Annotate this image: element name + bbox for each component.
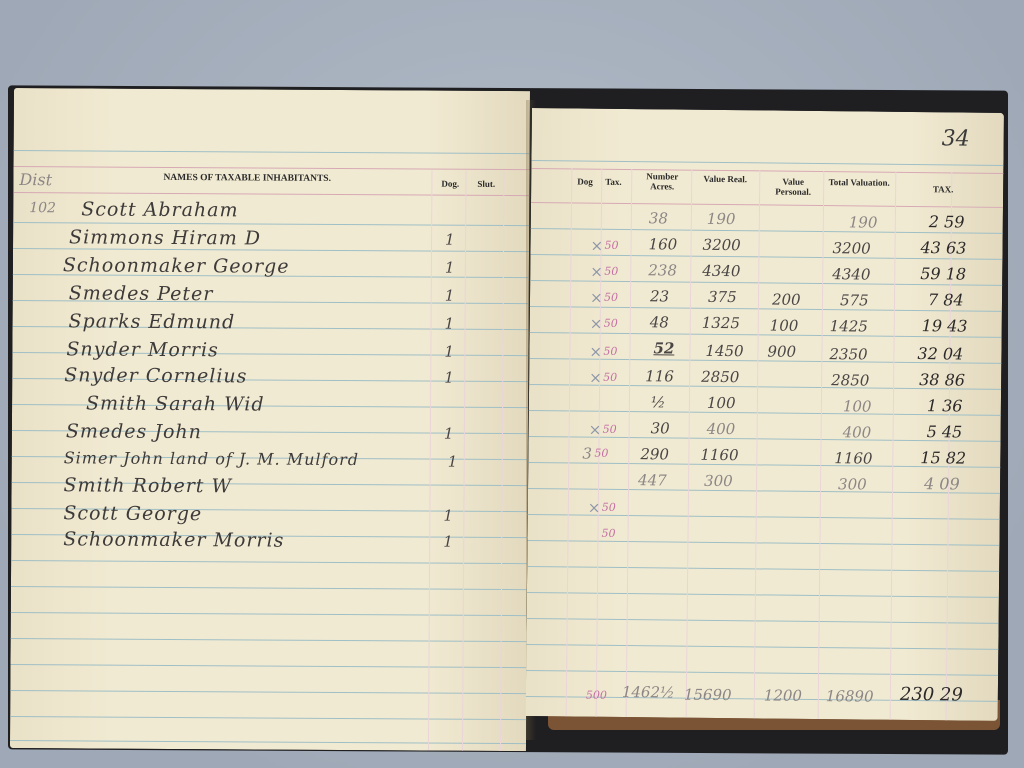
header-tax-amount: TAX. bbox=[903, 184, 983, 195]
dog-tax-cell: 50 bbox=[603, 371, 617, 384]
tax-cell: 38 86 bbox=[919, 370, 965, 389]
total-acres: 1462½ bbox=[622, 683, 675, 702]
header-slut: Slut. bbox=[477, 179, 495, 189]
real-cell: 2850 bbox=[701, 368, 739, 386]
x-mark: × bbox=[590, 237, 603, 255]
name-entry: Smedes John bbox=[66, 420, 202, 443]
total-cell: 4340 bbox=[832, 265, 870, 283]
acres-cell: ½ bbox=[651, 393, 666, 411]
tax-cell: 7 84 bbox=[928, 290, 964, 309]
acres-cell: 48 bbox=[650, 313, 669, 331]
total-cell: 400 bbox=[843, 423, 872, 441]
tax-cell: 59 18 bbox=[920, 264, 966, 283]
x-mark: × bbox=[589, 343, 602, 361]
name-entry: Simmons Hiram D bbox=[69, 226, 261, 249]
acres-cell: 52 bbox=[653, 339, 674, 357]
total-tax: 230 29 bbox=[900, 684, 963, 706]
total-cell: 3200 bbox=[832, 239, 870, 257]
tax-cell: 5 45 bbox=[927, 422, 963, 441]
total-cell: 575 bbox=[840, 291, 869, 309]
total-cell: 190 bbox=[849, 213, 878, 231]
acres-cell: 38 bbox=[649, 209, 668, 227]
dog-count: 1 bbox=[443, 507, 453, 525]
x-mark: × bbox=[590, 315, 603, 333]
acres-cell: 290 bbox=[640, 445, 669, 463]
total-valuation: 16890 bbox=[826, 687, 874, 705]
total-cell: 100 bbox=[843, 397, 872, 415]
header-value-personal: Value Personal. bbox=[765, 176, 821, 197]
page-number: 34 bbox=[942, 126, 970, 151]
name-entry: Schoonmaker George bbox=[63, 254, 290, 277]
ruled-line bbox=[14, 150, 530, 154]
dog-count: 1 bbox=[445, 259, 455, 277]
dog-count: 1 bbox=[444, 425, 454, 443]
dog-count: 1 bbox=[448, 453, 458, 471]
total-cell: 2350 bbox=[829, 345, 867, 363]
dog-tax-cell: 50 bbox=[602, 501, 616, 514]
name-entry: Snyder Cornelius bbox=[64, 364, 247, 387]
name-entry: Smedes Peter bbox=[69, 282, 214, 305]
dog-tax-cell: 50 bbox=[601, 527, 615, 540]
dog-tax-cell: 50 bbox=[604, 317, 618, 330]
acres-cell: 160 bbox=[648, 235, 677, 253]
header-value-real: Value Real. bbox=[703, 174, 747, 184]
margin-note-dist: Dist bbox=[19, 170, 52, 189]
personal-cell: 900 bbox=[767, 342, 796, 360]
total-cell: 2850 bbox=[831, 371, 869, 389]
total-cell: 300 bbox=[838, 475, 867, 493]
total-real: 15690 bbox=[684, 686, 732, 704]
name-entry: Smith Sarah Wid bbox=[86, 392, 265, 415]
x-mark: × bbox=[590, 263, 603, 281]
real-cell: 300 bbox=[704, 472, 733, 490]
real-cell: 190 bbox=[707, 210, 736, 228]
dog-tax-cell: 50 bbox=[594, 447, 608, 460]
dog-tax-cell: 50 bbox=[603, 423, 617, 436]
header-names: NAMES OF TAXABLE INHABITANTS. bbox=[163, 173, 331, 184]
dog-count: 1 bbox=[443, 533, 453, 551]
dog-count: 1 bbox=[444, 369, 454, 387]
real-cell: 1160 bbox=[700, 446, 738, 464]
margin-note-row: 102 bbox=[29, 200, 56, 216]
header-acres: Number Acres. bbox=[639, 171, 685, 191]
tax-cell: 43 63 bbox=[920, 238, 966, 257]
name-entry: Simer John land of J. M. Mulford bbox=[64, 448, 359, 469]
dog-tax-cell: 50 bbox=[604, 239, 618, 252]
left-page: Dist 102 NAMES OF TAXABLE INHABITANTS. D… bbox=[10, 88, 530, 751]
dog-count: 1 bbox=[444, 343, 454, 361]
personal-cell: 100 bbox=[770, 317, 799, 335]
x-mark: × bbox=[588, 499, 601, 517]
total-cell: 1160 bbox=[834, 449, 872, 467]
acres-cell: 23 bbox=[650, 287, 669, 305]
header-dog: Dog bbox=[577, 176, 593, 186]
name-entry: Sparks Edmund bbox=[69, 310, 236, 333]
x-mark: × bbox=[589, 369, 602, 387]
real-cell: 1450 bbox=[705, 342, 743, 360]
header-rule bbox=[13, 192, 529, 196]
dog-count: 1 bbox=[445, 315, 455, 333]
acres-cell: 238 bbox=[648, 261, 677, 279]
tax-cell: 2 59 bbox=[929, 212, 965, 231]
header-rule bbox=[14, 166, 530, 170]
name-entry: Schoonmaker Morris bbox=[63, 528, 284, 551]
name-entry: Snyder Morris bbox=[66, 338, 219, 361]
dog-count: 1 bbox=[445, 287, 455, 305]
name-entry: Scott George bbox=[63, 502, 202, 525]
name-entry: Scott Abraham bbox=[81, 198, 238, 221]
total-personal: 1200 bbox=[764, 686, 802, 704]
real-cell: 100 bbox=[707, 394, 736, 412]
dog-count: 1 bbox=[445, 231, 455, 249]
tax-cell: 19 43 bbox=[922, 316, 968, 335]
name-entry: Smith Robert W bbox=[64, 474, 233, 497]
tax-cell: 1 36 bbox=[927, 396, 963, 415]
dog-tax-cell: 50 bbox=[604, 265, 618, 278]
real-cell: 375 bbox=[708, 288, 737, 306]
real-cell: 4340 bbox=[702, 262, 740, 280]
header-total-valuation: Total Valuation. bbox=[827, 177, 891, 188]
dog-tax-cell: 50 bbox=[603, 345, 617, 358]
acres-cell: 30 bbox=[651, 419, 670, 437]
tax-cell: 15 82 bbox=[920, 448, 966, 467]
header-dog: Dog. bbox=[441, 179, 459, 189]
x-mark: × bbox=[589, 421, 602, 439]
total-cell: 1425 bbox=[830, 317, 868, 335]
real-cell: 1325 bbox=[702, 314, 740, 332]
acres-cell: 116 bbox=[645, 367, 674, 385]
real-cell: 3200 bbox=[702, 236, 740, 254]
acres-cell: 447 bbox=[638, 471, 667, 489]
real-cell: 400 bbox=[707, 420, 736, 438]
tax-cell: 4 09 bbox=[924, 474, 960, 493]
right-page: 34 Dog Tax. Number Acres. Value Real. Va… bbox=[526, 108, 1004, 721]
x-mark: × bbox=[590, 289, 603, 307]
margin-mark: 3 bbox=[582, 445, 592, 463]
tax-cell: 32 04 bbox=[917, 344, 963, 363]
total-dog-tax: 500 bbox=[586, 689, 607, 702]
dog-tax-cell: 50 bbox=[604, 291, 618, 304]
header-tax: Tax. bbox=[605, 177, 622, 187]
personal-cell: 200 bbox=[772, 291, 801, 309]
